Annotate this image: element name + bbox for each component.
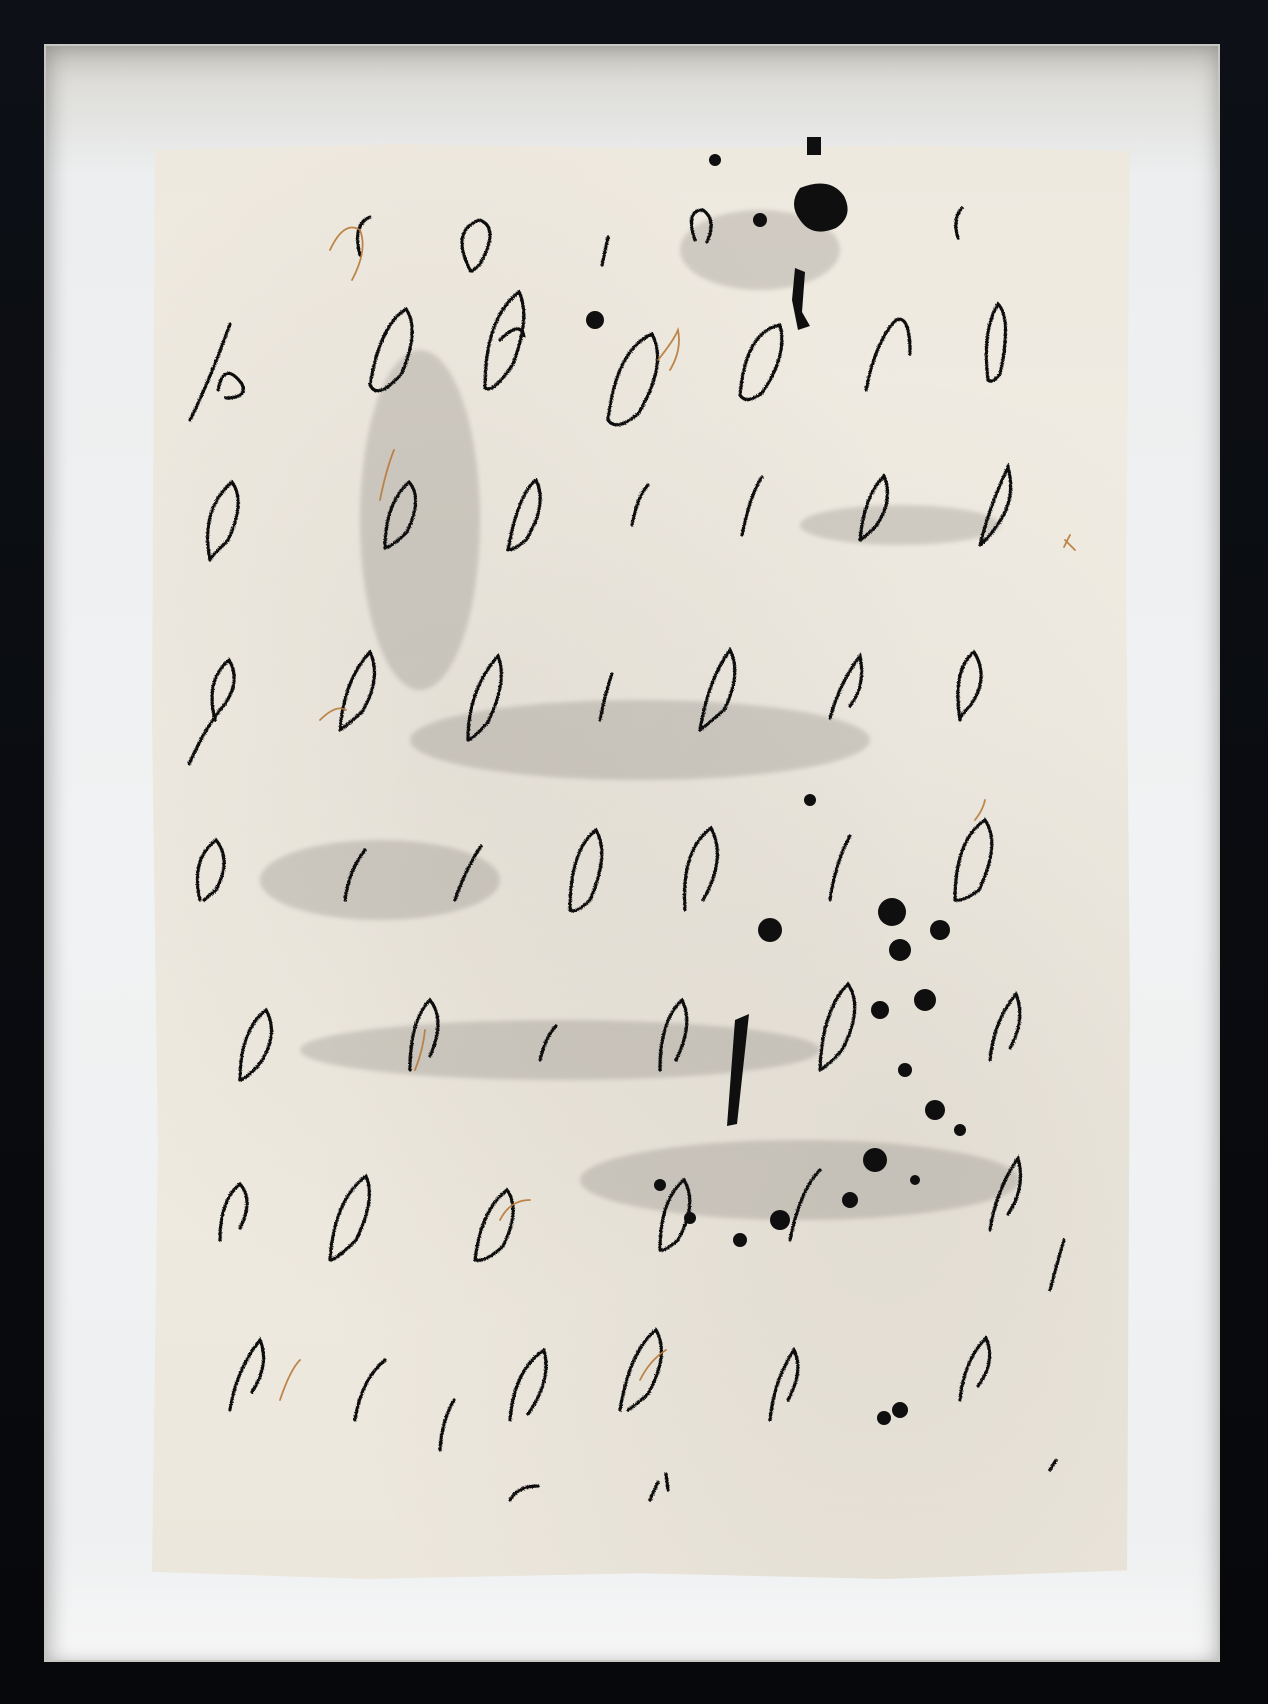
artwork-marks bbox=[0, 0, 1268, 1704]
